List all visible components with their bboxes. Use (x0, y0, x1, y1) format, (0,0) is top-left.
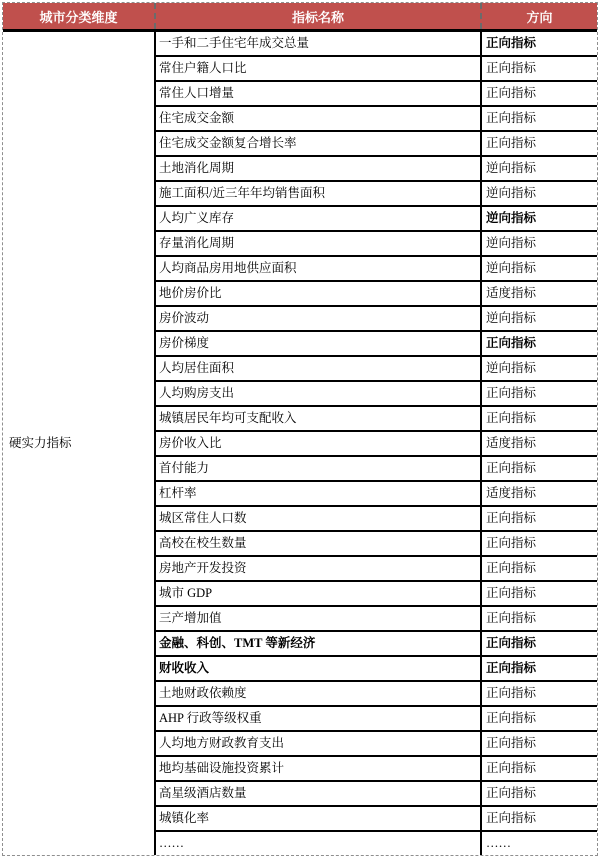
indicator-name-cell: 财收收入 (155, 656, 481, 681)
indicator-name-cell: 城镇化率 (155, 806, 481, 831)
indicator-name-cell: 杠杆率 (155, 481, 481, 506)
indicator-name-cell: …… (155, 831, 481, 855)
direction-cell: 正向指标 (481, 556, 597, 581)
indicator-name-cell: 房价收入比 (155, 431, 481, 456)
direction-cell: 正向指标 (481, 331, 597, 356)
direction-cell: 适度指标 (481, 431, 597, 456)
header-direction: 方向 (481, 3, 597, 31)
indicator-name-cell: 城市 GDP (155, 581, 481, 606)
indicator-name-cell: 施工面积/近三年年均销售面积 (155, 181, 481, 206)
indicator-name-cell: 人均广义库存 (155, 206, 481, 231)
indicator-name-cell: 地均基础设施投资累计 (155, 756, 481, 781)
indicator-name-cell: 常住人口增量 (155, 81, 481, 106)
indicator-name-cell: 金融、科创、TMT 等新经济 (155, 631, 481, 656)
direction-cell: 逆向指标 (481, 306, 597, 331)
direction-cell: 正向指标 (481, 656, 597, 681)
direction-cell: 正向指标 (481, 406, 597, 431)
table-outer-border: 城市分类维度 指标名称 方向 硬实力指标 一手和二手住宅年成交总量 正向指标 常… (2, 2, 598, 856)
indicator-name-cell: 住宅成交金额 (155, 106, 481, 131)
indicator-name-cell: 房地产开发投资 (155, 556, 481, 581)
direction-cell: 正向指标 (481, 81, 597, 106)
direction-cell: 正向指标 (481, 781, 597, 806)
direction-cell: 正向指标 (481, 631, 597, 656)
indicator-name-cell: 地价房价比 (155, 281, 481, 306)
direction-cell: 正向指标 (481, 756, 597, 781)
direction-cell: 正向指标 (481, 681, 597, 706)
indicator-name-cell: 一手和二手住宅年成交总量 (155, 31, 481, 57)
indicator-name-cell: 高校在校生数量 (155, 531, 481, 556)
indicator-name-cell: 土地财政依赖度 (155, 681, 481, 706)
indicator-name-cell: AHP 行政等级权重 (155, 706, 481, 731)
direction-cell: 正向指标 (481, 131, 597, 156)
direction-cell: 正向指标 (481, 581, 597, 606)
table-body: 硬实力指标 一手和二手住宅年成交总量 正向指标 常住户籍人口比 正向指标 常住人… (3, 31, 597, 856)
header-indicator-name: 指标名称 (155, 3, 481, 31)
indicator-name-cell: 人均购房支出 (155, 381, 481, 406)
direction-cell: 正向指标 (481, 531, 597, 556)
indicator-name-cell: 城区常住人口数 (155, 506, 481, 531)
indicator-name-cell: 首付能力 (155, 456, 481, 481)
direction-cell: 正向指标 (481, 731, 597, 756)
direction-cell: 正向指标 (481, 31, 597, 57)
table-row: 硬实力指标 一手和二手住宅年成交总量 正向指标 (3, 31, 597, 57)
header-city-dimension: 城市分类维度 (3, 3, 155, 31)
direction-cell: 正向指标 (481, 506, 597, 531)
indicator-name-cell: 人均居住面积 (155, 356, 481, 381)
direction-cell: 正向指标 (481, 806, 597, 831)
indicator-name-cell: 常住户籍人口比 (155, 56, 481, 81)
direction-cell: 适度指标 (481, 281, 597, 306)
indicator-name-cell: 高星级酒店数量 (155, 781, 481, 806)
direction-cell: 正向指标 (481, 456, 597, 481)
indicator-table-page: 城市分类维度 指标名称 方向 硬实力指标 一手和二手住宅年成交总量 正向指标 常… (0, 0, 600, 858)
indicator-name-cell: 房价梯度 (155, 331, 481, 356)
indicator-name-cell: 住宅成交金额复合增长率 (155, 131, 481, 156)
direction-cell: 逆向指标 (481, 256, 597, 281)
direction-cell: 逆向指标 (481, 156, 597, 181)
direction-cell: 逆向指标 (481, 206, 597, 231)
direction-cell: 逆向指标 (481, 181, 597, 206)
header-row: 城市分类维度 指标名称 方向 (3, 3, 597, 31)
direction-cell: 逆向指标 (481, 356, 597, 381)
indicator-name-cell: 房价波动 (155, 306, 481, 331)
indicator-name-cell: 人均地方财政教育支出 (155, 731, 481, 756)
indicator-name-cell: 三产增加值 (155, 606, 481, 631)
direction-cell: …… (481, 831, 597, 855)
indicator-name-cell: 人均商品房用地供应面积 (155, 256, 481, 281)
direction-cell: 适度指标 (481, 481, 597, 506)
direction-cell: 正向指标 (481, 56, 597, 81)
indicator-name-cell: 城镇居民年均可支配收入 (155, 406, 481, 431)
direction-cell: 正向指标 (481, 106, 597, 131)
indicator-name-cell: 土地消化周期 (155, 156, 481, 181)
indicator-table: 城市分类维度 指标名称 方向 硬实力指标 一手和二手住宅年成交总量 正向指标 常… (3, 3, 597, 855)
category-cell: 硬实力指标 (3, 31, 155, 856)
indicator-name-cell: 存量消化周期 (155, 231, 481, 256)
direction-cell: 正向指标 (481, 381, 597, 406)
direction-cell: 逆向指标 (481, 231, 597, 256)
direction-cell: 正向指标 (481, 706, 597, 731)
direction-cell: 正向指标 (481, 606, 597, 631)
